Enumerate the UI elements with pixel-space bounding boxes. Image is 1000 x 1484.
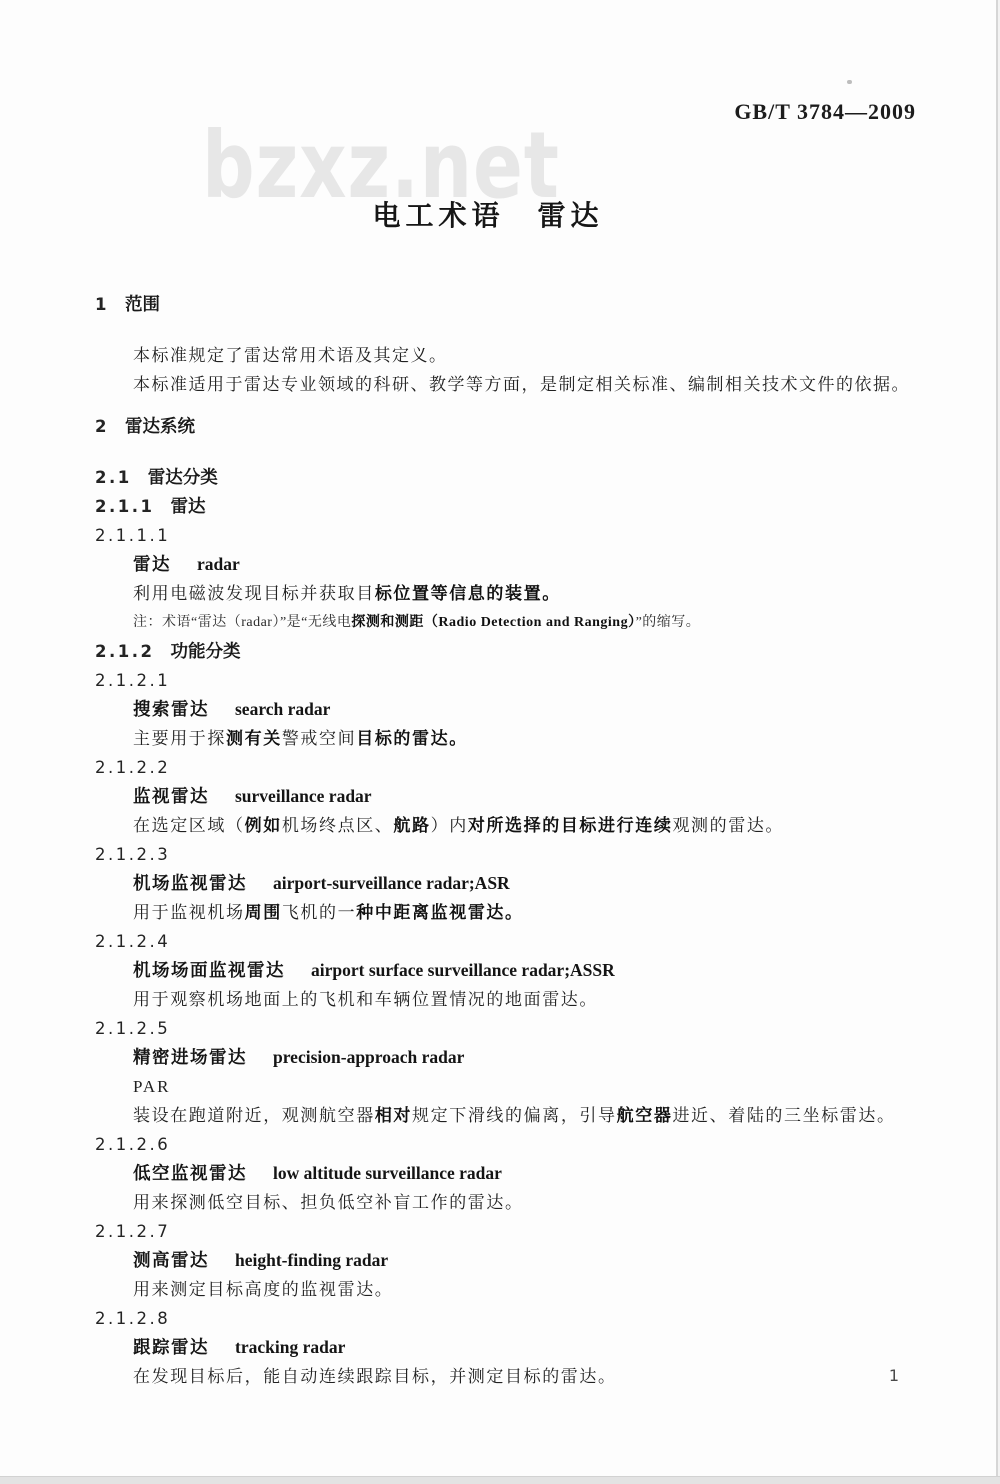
clause-num: 2.1.1.1 (95, 526, 170, 545)
scan-edge-bottom (0, 1476, 1000, 1484)
bold-text-segment: 相对 (375, 1106, 412, 1125)
clause-num: 2.1.2.1 (95, 671, 170, 690)
bold-text-segment: （Radio Detection and Ranging） (424, 615, 636, 630)
heading-number: 1 (95, 295, 109, 314)
term-line: 搜索雷达search radar (95, 695, 910, 724)
term-line: 机场监视雷达airport-surveillance radar;ASR (95, 869, 910, 898)
text-segment: 飞机的一 (282, 903, 356, 922)
term-english: surveillance radar (235, 786, 372, 806)
clause-number: 2.1.2.1 (95, 666, 910, 695)
term-english: airport-surveillance radar;ASR (273, 873, 510, 893)
bold-text-segment: 探测和测距 (351, 615, 424, 630)
term-line: 测高雷达height-finding radar (95, 1246, 910, 1275)
clause-num: 2.1.2.4 (95, 932, 170, 951)
text-segment: 注：术语“雷达（radar）”是“无线电 (133, 615, 351, 630)
bold-text-segment: 种中距离监视雷达。 (356, 903, 523, 922)
clause-number: 2.1.2.7 (95, 1217, 910, 1246)
text-segment: 利用电磁波发现目标并获取目 (133, 584, 375, 603)
definition-line: 在发现目标后，能自动连续跟踪目标，并测定目标的雷达。 (95, 1362, 910, 1391)
term-chinese: 雷达 (133, 554, 171, 574)
bold-text-segment: 周围 (245, 903, 282, 922)
scan-edge-right (996, 0, 998, 1484)
clause-number: 2.1.2.2 (95, 753, 910, 782)
text-segment: 本标准规定了雷达常用术语及其定义。 (133, 346, 448, 365)
term-english: precision-approach radar (273, 1047, 464, 1067)
document-title: 电工术语 雷达 (0, 194, 976, 234)
scanned-page: bzxz.net GB/T 3784—2009 电工术语 雷达 1范围本标准规定… (0, 0, 1000, 1484)
term-chinese: 测高雷达 (133, 1250, 209, 1270)
term-english: radar (197, 554, 240, 574)
clause-num: 2.1.2.3 (95, 845, 170, 864)
term-chinese: 机场监视雷达 (133, 873, 247, 893)
text-segment: 警戒空间 (282, 729, 356, 748)
note-line: 注：术语“雷达（radar）”是“无线电探测和测距（Radio Detectio… (95, 608, 910, 637)
heading-number: 2.1.2 (95, 642, 154, 661)
bold-text-segment: 航路 (393, 816, 430, 835)
definition-line: 用来探测低空目标、担负低空补盲工作的雷达。 (95, 1188, 910, 1217)
section-heading: 2.1雷达分类 (95, 463, 910, 492)
page-number: 1 (889, 1366, 899, 1385)
clause-num: 2.1.2.8 (95, 1309, 170, 1328)
heading-number: 2 (95, 417, 109, 436)
text-segment: 用来测定目标高度的监视雷达。 (133, 1280, 393, 1299)
section-heading: 2.1.2功能分类 (95, 637, 910, 666)
clause-number: 2.1.2.8 (95, 1304, 910, 1333)
term-line: 低空监视雷达low altitude surveillance radar (95, 1159, 910, 1188)
term-english: low altitude surveillance radar (273, 1163, 502, 1183)
definition-line: 用于监视机场周围飞机的一种中距离监视雷达。 (95, 898, 910, 927)
term-chinese: 低空监视雷达 (133, 1163, 247, 1183)
standard-code: GB/T 3784—2009 (734, 99, 916, 125)
definition-line: 装设在跑道附近，观测航空器相对规定下滑线的偏离，引导航空器进近、着陆的三坐标雷达… (95, 1101, 910, 1130)
heading-text: 雷达分类 (148, 467, 218, 487)
term-line: 跟踪雷达tracking radar (95, 1333, 910, 1362)
term-chinese: 搜索雷达 (133, 699, 209, 719)
text-segment: 用来探测低空目标、担负低空补盲工作的雷达。 (133, 1193, 524, 1212)
term-english: airport surface surveillance radar;ASSR (311, 960, 615, 980)
clause-num: 2.1.2.2 (95, 758, 170, 777)
section-heading: 2.1.1雷达 (95, 492, 910, 521)
heading-text: 雷达 (170, 496, 205, 516)
bold-text-segment: 航空器 (617, 1106, 673, 1125)
heading-number: 2.1 (95, 468, 132, 487)
text-segment: ”的缩写。 (636, 615, 701, 630)
paragraph: 本标准适用于雷达专业领域的科研、教学等方面，是制定相关标准、编制相关技术文件的依… (95, 370, 910, 399)
definition-line: 利用电磁波发现目标并获取目标位置等信息的装置。 (95, 579, 910, 608)
term-chinese: 监视雷达 (133, 786, 209, 806)
heading-text: 雷达系统 (125, 416, 195, 436)
text-segment: 用于监视机场 (133, 903, 245, 922)
text-segment: 在选定区域（ (133, 816, 245, 835)
definition-line: 用来测定目标高度的监视雷达。 (95, 1275, 910, 1304)
bold-text-segment: 测有关 (226, 729, 282, 748)
clause-num: 2.1.2.6 (95, 1135, 170, 1154)
clause-number: 2.1.2.5 (95, 1014, 910, 1043)
bold-text-segment: 标位置等信息的装置。 (375, 584, 561, 603)
text-segment: 机场终点区、 (282, 816, 394, 835)
text-segment: 本标准适用于雷达专业领域的科研、教学等方面，是制定相关标准、编制相关技术文件的依… (133, 375, 910, 394)
clause-number: 2.1.1.1 (95, 521, 910, 550)
bold-text-segment: 对所选择的目标进行连续 (468, 816, 673, 835)
text-segment: 观测的雷达。 (672, 816, 784, 835)
term-english: height-finding radar (235, 1250, 388, 1270)
bold-text-segment: 例如 (245, 816, 282, 835)
definition-line: 在选定区域（例如机场终点区、航路）内对所选择的目标进行连续观测的雷达。 (95, 811, 910, 840)
text-segment: 主要用于探 (133, 729, 226, 748)
section-heading: 1范围 (95, 290, 910, 319)
text-segment: 在发现目标后，能自动连续跟踪目标，并测定目标的雷达。 (133, 1367, 617, 1386)
document-body: 1范围本标准规定了雷达常用术语及其定义。本标准适用于雷达专业领域的科研、教学等方… (95, 277, 910, 1391)
paragraph: 本标准规定了雷达常用术语及其定义。 (95, 341, 910, 370)
clause-number: 2.1.2.6 (95, 1130, 910, 1159)
term-chinese: 跟踪雷达 (133, 1337, 209, 1357)
clause-number: 2.1.2.3 (95, 840, 910, 869)
text-segment: 进近、着陆的三坐标雷达。 (672, 1106, 895, 1125)
clause-num: 2.1.2.5 (95, 1019, 170, 1038)
heading-number: 2.1.1 (95, 497, 154, 516)
term-line: 精密进场雷达precision-approach radar (95, 1043, 910, 1072)
term-line: 机场场面监视雷达airport surface surveillance rad… (95, 956, 910, 985)
text-segment: 用于观察机场地面上的飞机和车辆位置情况的地面雷达。 (133, 990, 598, 1009)
abbreviation-text: PAR (133, 1077, 171, 1096)
abbreviation-line: PAR (95, 1072, 910, 1101)
term-english: tracking radar (235, 1337, 345, 1357)
term-chinese: 机场场面监视雷达 (133, 960, 285, 980)
scan-speck (847, 80, 852, 84)
heading-text: 功能分类 (170, 641, 240, 661)
text-segment: ）内 (431, 816, 468, 835)
definition-line: 用于观察机场地面上的飞机和车辆位置情况的地面雷达。 (95, 985, 910, 1014)
term-line: 雷达radar (95, 550, 910, 579)
text-segment: 装设在跑道附近，观测航空器 (133, 1106, 375, 1125)
bold-text-segment: 目标的雷达。 (356, 729, 468, 748)
heading-text: 范围 (125, 294, 160, 314)
text-segment: 规定下滑线的偏离，引导 (412, 1106, 617, 1125)
clause-number: 2.1.2.4 (95, 927, 910, 956)
term-chinese: 精密进场雷达 (133, 1047, 247, 1067)
definition-line: 主要用于探测有关警戒空间目标的雷达。 (95, 724, 910, 753)
term-english: search radar (235, 699, 330, 719)
term-line: 监视雷达surveillance radar (95, 782, 910, 811)
section-heading: 2雷达系统 (95, 412, 910, 441)
clause-num: 2.1.2.7 (95, 1222, 170, 1241)
